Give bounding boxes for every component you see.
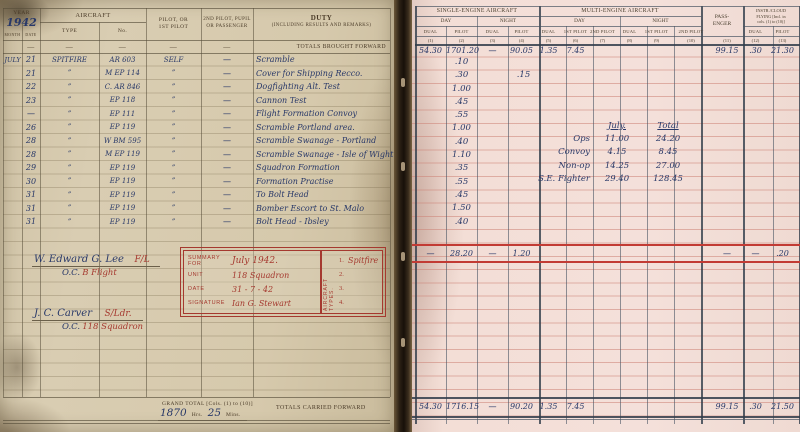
se-day-pilot-cell: .35 [446, 163, 477, 173]
date-cell: 31 [22, 204, 40, 213]
pilot-cell: ” [146, 69, 201, 77]
signature-label: SIGNATURE [188, 300, 232, 306]
table-line [3, 423, 390, 424]
second-pilot-cell: — [201, 55, 253, 64]
duty-cell: Scramble Portland area. [253, 123, 390, 132]
time-cell: .30 [742, 46, 769, 55]
july-hours: 11.00 [595, 134, 639, 144]
type-number: 3. [339, 285, 348, 292]
se-day-pilot-cell: 1.50 [446, 203, 477, 213]
duty-cell: Bolt Head - Ibsley [253, 217, 390, 226]
grand-total-hours: 1870 [160, 407, 187, 419]
column-number: (9) [643, 38, 670, 43]
aircraft-no-cell: EP 118 [99, 96, 146, 104]
column-number: (4) [508, 38, 535, 43]
hours-row: .40 [415, 217, 797, 230]
pilot-cell: ” [146, 96, 201, 104]
aircraft-type-cell: ” [40, 150, 99, 158]
date-cell: 26 [22, 123, 40, 132]
date-cell: 28 [22, 150, 40, 159]
column-number: (1) [415, 38, 446, 43]
time-cell: 1.35 [535, 46, 562, 55]
time-cell: 7.45 [562, 46, 589, 55]
july-column-header: July. [595, 121, 639, 131]
aircraft-type-cell: ” [40, 137, 99, 145]
duty-cell: Flight Formation Convoy [253, 109, 390, 118]
se-day-header: DAY [415, 18, 477, 24]
pilot-header: PILOT, OR [146, 17, 201, 23]
time-cell: — [477, 402, 508, 411]
pilot-cell: ” [146, 123, 201, 131]
summary-fields: SUMMARY FOR July 1942. UNIT 118 Squadron… [184, 251, 320, 313]
second-pilot-cell: — [201, 217, 253, 226]
aircraft-type-header: TYPE [40, 28, 99, 34]
aircraft-type-cell: SPITFIRE [40, 56, 99, 64]
time-cell: 54.30 [415, 46, 446, 55]
se-day-pilot-cell: 1.10 [446, 150, 477, 160]
flight-row: — ” EP 111 ” — Flight Formation Convoy [3, 107, 390, 121]
second-pilot-cell: — [201, 136, 253, 145]
totals-brought-forward-row: — — — — — TOTALS BROUGHT FORWARD [3, 40, 390, 53]
dash: — [40, 43, 99, 51]
flight-row: 31 ” EP 119 ” — Bolt Head - Ibsley [3, 215, 390, 229]
total-hours: 8.45 [639, 147, 697, 157]
aircraft-type-row: 2. [339, 267, 382, 281]
me-day-header: DAY [539, 18, 620, 24]
duty-cell: Squadron Formation [253, 163, 390, 172]
totals-carried-forward-values: 54.301716.15—90.201.357.4599.15.3021.50 [415, 399, 796, 413]
date-cell: 23 [22, 96, 40, 105]
column-sublabel: DUAL [535, 29, 562, 34]
logbook-spread: YEAR 1942 MONTH DATE AIRCRAFT TYPE No. P… [0, 0, 800, 432]
time-cell: 7.45 [562, 402, 589, 411]
time-cell: — [712, 249, 742, 258]
summary-row: Convoy 4.15 8.45 [537, 146, 697, 159]
summary-for-label: SUMMARY FOR [188, 255, 232, 267]
table-line [390, 8, 391, 397]
aircraft-type-cell: ” [40, 96, 99, 104]
second-pilot-cell: — [201, 82, 253, 91]
time-cell: — [415, 249, 446, 258]
time-cell: 54.30 [415, 402, 446, 411]
column-sublabel: PILOT [446, 29, 477, 34]
summary-row: Ops 11.00 24.20 [537, 132, 697, 145]
pilot-cell: SELF [146, 56, 201, 64]
multi-engine-header: MULTI-ENGINE AIRCRAFT [539, 8, 701, 14]
time-cell: 21.50 [769, 402, 796, 411]
flight-row: 26 ” EP 119 ” — Scramble Portland area. [3, 121, 390, 135]
grand-total-minutes: 25 [208, 407, 221, 419]
column-sublabel: PILOT [769, 29, 796, 34]
se-day-pilot-cell: .45 [446, 97, 477, 107]
dash: — [22, 43, 40, 51]
july-hours: 14.25 [595, 161, 639, 171]
pilot-cell: ” [146, 164, 201, 172]
column-number: (7) [589, 38, 616, 43]
flight-row: JULY 21 SPITFIRE AR 603 SELF — Scramble [3, 53, 390, 67]
column-numbers-row: (1)(2)(3)(4)(5)(6)(7)(8)(9)(10)(11)(12)(… [415, 36, 796, 44]
summary-row: SUMMARY FOR July 1942. [188, 254, 318, 268]
second-pilot-header-2: OR PASSENGER [201, 24, 253, 29]
date-cell: 28 [22, 136, 40, 145]
time-cell: 90.05 [508, 46, 535, 55]
column-sublabel: 2ND PILOT [670, 29, 712, 34]
duty-cell: Bomber Escort to St. Malo [253, 204, 390, 213]
date-label: DATE [188, 286, 232, 292]
july-hours: 29.40 [595, 174, 639, 184]
category-label: Convoy [537, 147, 595, 157]
column-number: (11) [712, 38, 742, 43]
signature-line: W. Edward G. Lee F/L [32, 254, 160, 267]
flight-row: 30 ” EP 119 ” — Formation Practise [3, 175, 390, 189]
total-hours: 128.45 [639, 174, 697, 184]
aircraft-type-cell: ” [40, 191, 99, 199]
summary-row: S.E. Fighter 29.40 128.45 [537, 172, 697, 185]
totals-brought-forward-label: TOTALS BROUGHT FORWARD [253, 44, 390, 50]
table-line [3, 8, 390, 9]
flight-row: 23 ” EP 118 ” — Cannon Test [3, 94, 390, 108]
column-number: (13) [769, 38, 796, 43]
date-cell: 22 [22, 82, 40, 91]
signature-name: W. Edward G. Lee [34, 254, 124, 265]
column-sublabel: 2ND PILOT [589, 29, 616, 34]
stitch [401, 162, 405, 171]
duty-cell: Scramble Swanage - Portland [253, 136, 390, 145]
summary-row: Non-op 14.25 27.00 [537, 159, 697, 172]
hrs-label: Hrs. [192, 412, 203, 418]
type-number: 4. [339, 299, 348, 306]
second-pilot-cell: — [201, 150, 253, 159]
time-cell: 90.20 [508, 402, 535, 411]
second-pilot-cell: — [201, 163, 253, 172]
pilot-cell: ” [146, 110, 201, 118]
me-night-header: NIGHT [620, 18, 701, 24]
unit-value: 118 Squadron [232, 271, 289, 280]
aircraft-type-cell: ” [40, 204, 99, 212]
summary-row: DATE 31 - 7 - 42 [188, 282, 318, 296]
pilot-cell: ” [146, 137, 201, 145]
aircraft-type-cell: ” [40, 69, 99, 77]
duty-header: DUTY [253, 14, 390, 22]
se-day-pilot-cell: .30 [446, 70, 477, 80]
signature-rank: F/L [126, 255, 149, 265]
aircraft-type-cell: ” [40, 110, 99, 118]
second-pilot-cell: — [201, 96, 253, 105]
time-cell: 21.30 [769, 46, 796, 55]
column-sublabel: 1ST PILOT [562, 29, 589, 34]
se-day-pilot-cell: .10 [446, 57, 477, 67]
flight-commander-signature: W. Edward G. Lee F/L O.C. B Flight [32, 254, 160, 278]
pilot-cell: ” [146, 204, 201, 212]
right-page: SINGLE-ENGINE AIRCRAFT MULTI-ENGINE AIRC… [412, 0, 800, 432]
aircraft-header: AIRCRAFT [40, 12, 146, 19]
se-day-pilot-cell: .55 [446, 177, 477, 187]
hours-row: 1.50 [415, 203, 797, 216]
dash: — [201, 43, 253, 51]
table-line [412, 416, 800, 418]
aircraft-type-row: 1. Spitfire [339, 253, 382, 267]
aircraft-type-row: 4. [339, 295, 382, 309]
mins-label: Mins. [226, 412, 241, 418]
aircraft-types-label: AIRCRAFT TYPES. [321, 251, 336, 313]
type-number: 1. [339, 257, 348, 264]
hours-row: .45 [415, 190, 797, 203]
squadron-commander-signature: J. C. Carver S/Ldr. O.C. 118 Squadron [32, 308, 143, 332]
second-pilot-cell: — [201, 177, 253, 186]
se-night-header: NIGHT [477, 18, 539, 24]
time-cell: 1701.20 [446, 46, 477, 55]
column-number: (12) [742, 38, 769, 43]
hours-row: .45 [415, 97, 797, 110]
aircraft-no-cell: EP 119 [99, 177, 146, 185]
date-subheader: DATE [22, 33, 40, 37]
stitch [401, 338, 405, 347]
time-cell: — [477, 249, 508, 258]
signature-value: Ian G. Stewart [232, 299, 291, 308]
se-day-pilot-cell: .55 [446, 110, 477, 120]
second-pilot-cell: — [201, 109, 253, 118]
stitch [401, 78, 405, 87]
aircraft-no-cell: EP 119 [99, 204, 146, 212]
signature-line: J. C. Carver S/Ldr. [32, 308, 143, 321]
date-cell: 31 [22, 217, 40, 226]
time-cell: 1.20 [508, 249, 535, 258]
summary-header-row: July. Total [537, 119, 697, 132]
signature-rank: S/Ldr. [94, 309, 131, 319]
aircraft-no-cell: M EP 119 [99, 150, 146, 158]
time-cell: 99.15 [712, 402, 742, 411]
column-number: (5) [535, 38, 562, 43]
pilot-cell: ” [146, 83, 201, 91]
aircraft-type-cell: ” [40, 177, 99, 185]
table-line [412, 419, 800, 420]
total-hours: 24.20 [639, 134, 697, 144]
summary-row: UNIT 118 Squadron [188, 268, 318, 282]
aircraft-no-cell: EP 119 [99, 191, 146, 199]
aircraft-no-cell: C. AR 846 [99, 83, 146, 91]
duty-cell: Scramble Swanage - Isle of Wight [253, 150, 390, 159]
aircraft-type-cell: ” [40, 164, 99, 172]
category-label: S.E. Fighter [537, 174, 595, 184]
flight-entries: JULY 21 SPITFIRE AR 603 SELF — Scramble … [3, 53, 390, 229]
column-sublabel: 1ST PILOT [643, 29, 670, 34]
aircraft-no-header: No. [99, 28, 146, 34]
duty-cell: Cover for Shipping Recco. [253, 69, 390, 78]
signature-title: O.C. 118 Squadron [32, 321, 143, 332]
stitch [401, 252, 405, 261]
aircraft-no-cell: EP 111 [99, 110, 146, 118]
hours-row: 1.00 [415, 84, 797, 97]
flight-row: 22 ” C. AR 846 ” — Dogfighting Alt. Test [3, 80, 390, 94]
aircraft-types-rows: 1. Spitfire 2. 3. [336, 251, 382, 313]
total-column-header: Total [639, 121, 697, 131]
time-cell: 28.20 [446, 249, 477, 258]
pilot-header-2: 1ST PILOT [146, 24, 201, 30]
aircraft-no-cell: EP 119 [99, 218, 146, 226]
pilot-cell: ” [146, 218, 201, 226]
unit-label: UNIT [188, 272, 232, 278]
column-sublabel: DUAL [477, 29, 508, 34]
table-line [415, 16, 701, 17]
hours-row: .10 [415, 57, 797, 70]
second-pilot-cell: — [201, 190, 253, 199]
date-cell: 21 [22, 55, 40, 64]
duty-cell: Scramble [253, 55, 390, 64]
column-number: (10) [670, 38, 712, 43]
category-label: Ops [537, 134, 595, 144]
hours-row: .30 .15 [415, 70, 797, 83]
pilot-cell: ” [146, 150, 201, 158]
summary-row: SIGNATURE Ian G. Stewart [188, 296, 318, 310]
table-line [3, 397, 390, 398]
summary-band-line [412, 261, 800, 263]
se-day-pilot-cell: .45 [446, 190, 477, 200]
time-cell: .30 [742, 402, 769, 411]
aircraft-type-cell: ” [40, 123, 99, 131]
dash: — [146, 43, 201, 51]
monthly-summary-table: July. Total Ops 11.00 24.20 Convoy 4.15 … [537, 119, 697, 185]
time-cell: 1716.15 [446, 402, 477, 411]
instr-header-3: cols. (1) to (10)] [743, 19, 799, 24]
monthly-summary-box: SUMMARY FOR July 1942. UNIT 118 Squadron… [183, 250, 383, 314]
second-pilot-cell: — [201, 204, 253, 213]
column-number: (6) [562, 38, 589, 43]
column-sublabel: PILOT [508, 29, 535, 34]
date-cell: 29 [22, 163, 40, 172]
time-cell: 99.15 [712, 46, 742, 55]
july-hours: 4.15 [595, 147, 639, 157]
column-number: (3) [477, 38, 508, 43]
flight-row: 31 ” EP 119 ” — Bomber Escort to St. Mal… [3, 202, 390, 216]
total-hours: 27.00 [639, 161, 697, 171]
table-line [40, 22, 146, 23]
column-number: (2) [446, 38, 477, 43]
signature-name: J. C. Carver [34, 308, 92, 319]
date-cell: — [22, 109, 40, 118]
column-number: (8) [616, 38, 643, 43]
se-day-pilot-cell: .40 [446, 137, 477, 147]
month-subheader: MONTH [3, 33, 22, 37]
flight-row: 28 ” M EP 119 ” — Scramble Swanage - Isl… [3, 148, 390, 162]
aircraft-no-cell: M EP 114 [99, 69, 146, 77]
column-sublabel: DUAL [742, 29, 769, 34]
aircraft-type-cell: ” [40, 83, 99, 91]
se-night-pilot-cell: .15 [508, 70, 539, 80]
month-cell: JULY [3, 56, 22, 64]
se-day-pilot-cell: 1.00 [446, 84, 477, 94]
date-cell: 21 [22, 69, 40, 78]
se-day-pilot-cell: 1.00 [446, 123, 477, 133]
spine-binding [394, 0, 412, 432]
pilot-cell: ” [146, 177, 201, 185]
aircraft-types-box: AIRCRAFT TYPES. 1. Spitfire 2. [320, 251, 382, 313]
flight-row: 21 ” M EP 114 ” — Cover for Shipping Rec… [3, 67, 390, 81]
flight-row: 29 ” EP 119 ” — Squadron Formation [3, 161, 390, 175]
pilot-cell: ” [146, 191, 201, 199]
table-line [415, 6, 800, 7]
time-cell: — [742, 249, 769, 258]
aircraft-no-cell: W BM 595 [99, 137, 146, 145]
duty-cell: To Bolt Head [253, 190, 390, 199]
duty-cell: Cannon Test [253, 96, 390, 105]
time-cell: .20 [769, 249, 796, 258]
month-totals-row: —28.20—1.20——.20 [415, 246, 796, 260]
single-engine-header: SINGLE-ENGINE AIRCRAFT [415, 8, 539, 14]
time-cell: — [477, 46, 508, 55]
se-day-pilot-cell: .40 [446, 217, 477, 227]
aircraft-no-cell: EP 119 [99, 123, 146, 131]
column-sublabels-row: DUALPILOTDUALPILOTDUAL1ST PILOT2ND PILOT… [415, 26, 796, 36]
aircraft-no-cell: EP 119 [99, 164, 146, 172]
column-sublabel: DUAL [415, 29, 446, 34]
dash: — [99, 43, 146, 51]
date-cell: 31 [22, 190, 40, 199]
grand-total-value: 1870 Hrs. 25 Mins. [158, 407, 247, 421]
duty-subheader: (INCLUDING RESULTS AND REMARKS) [253, 23, 390, 28]
flight-row: 28 ” W BM 595 ” — Scramble Swanage - Por… [3, 134, 390, 148]
date-cell: 30 [22, 177, 40, 186]
category-label: Non-op [537, 161, 595, 171]
date-value: 31 - 7 - 42 [232, 285, 273, 294]
column-sublabel: DUAL [616, 29, 643, 34]
duty-cell: Formation Practise [253, 177, 390, 186]
totals-brought-forward-values: 54.301701.20—90.051.357.4599.15.3021.30 [415, 44, 796, 57]
second-pilot-cell: — [201, 69, 253, 78]
year-value: 1942 [3, 16, 40, 29]
flight-row: 31 ” EP 119 ” — To Bolt Head [3, 188, 390, 202]
summary-rows: Ops 11.00 24.20 Convoy 4.15 8.45 Non-op … [537, 132, 697, 185]
signature-title: O.C. B Flight [32, 267, 160, 278]
type-value: Spitfire [348, 256, 378, 265]
duty-cell: Dogfighting Alt. Test [253, 82, 390, 91]
time-cell: 1.35 [535, 402, 562, 411]
instr-header: INSTR./CLOUD [743, 8, 799, 13]
aircraft-type-row: 3. [339, 281, 382, 295]
aircraft-no-cell: AR 603 [99, 56, 146, 64]
totals-carried-forward-label: TOTALS CARRIED FORWARD [276, 405, 366, 411]
second-pilot-header: 2ND PILOT, PUPIL [201, 17, 253, 22]
passenger-header: PASS- [701, 14, 743, 20]
second-pilot-cell: — [201, 123, 253, 132]
left-page: YEAR 1942 MONTH DATE AIRCRAFT TYPE No. P… [0, 0, 394, 432]
aircraft-type-cell: ” [40, 218, 99, 226]
type-number: 2. [339, 271, 348, 278]
summary-for-value: July 1942. [232, 256, 278, 266]
